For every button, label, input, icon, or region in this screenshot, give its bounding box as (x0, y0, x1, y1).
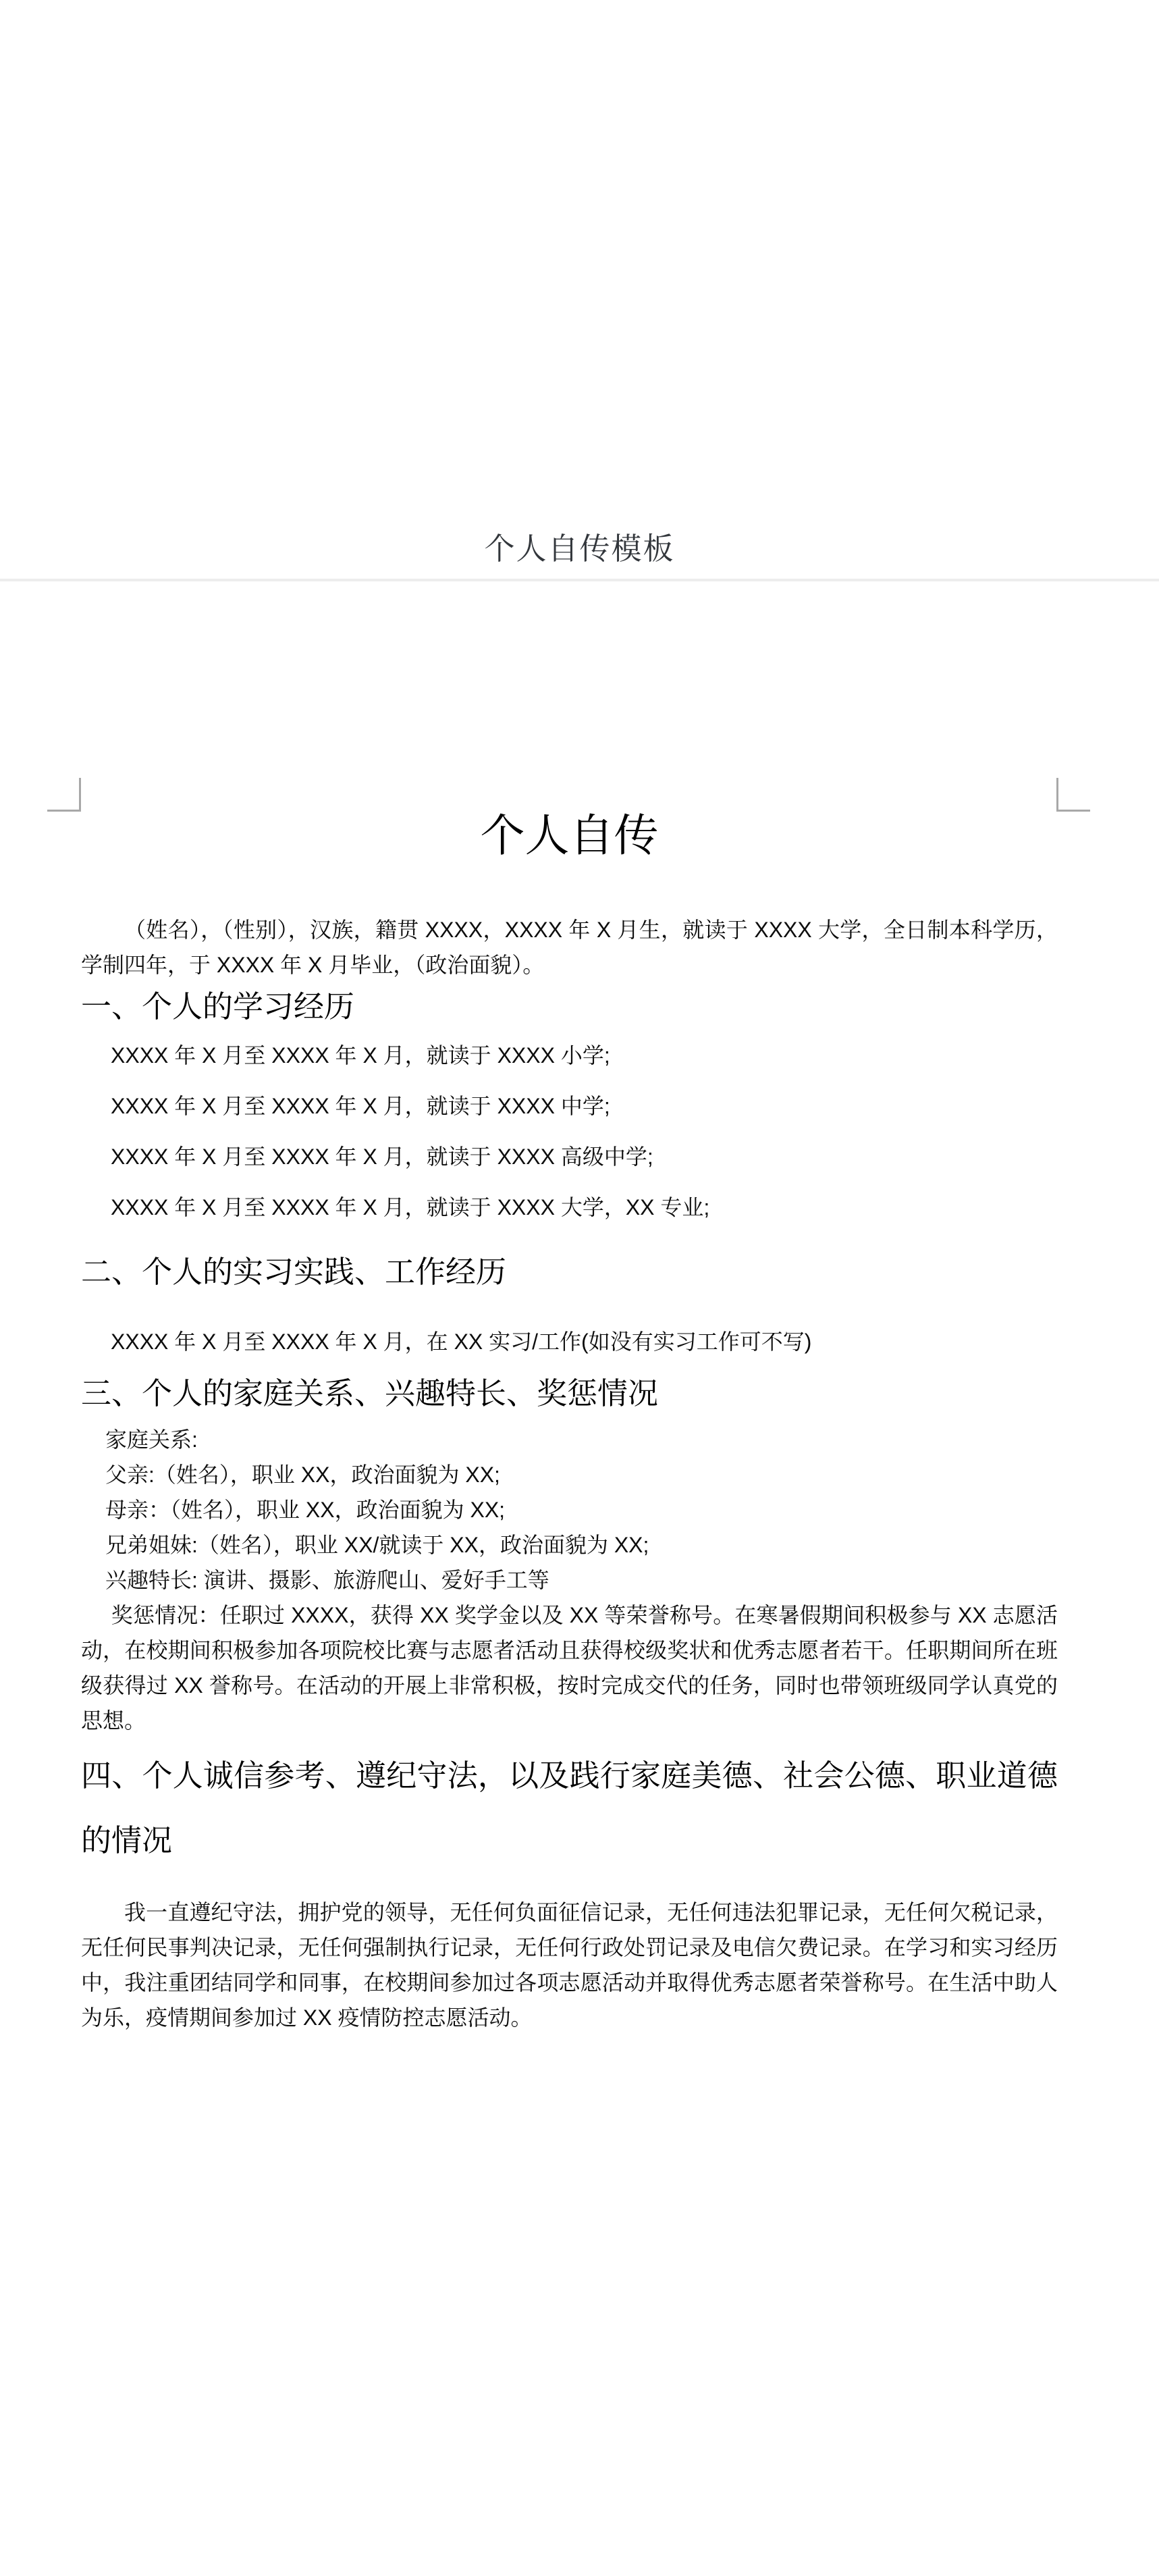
education-item-1: XXXX 年 X 月至 XXXX 年 X 月，就读于 XXXX 小学; (111, 1038, 1058, 1073)
family-line-mother: 母亲：（姓名），职业 XX，政治面貌为 XX; (105, 1492, 1058, 1527)
family-line-hobbies: 兴趣特长: 演讲、摄影、旅游爬山、爱好手工等 (105, 1562, 1058, 1598)
document-page: 个人自传 （姓名），（性别），汉族，籍贯 XXXX，XXXX 年 X 月生，就读… (0, 581, 1159, 2035)
page-title: 个人自传模板 (0, 529, 1159, 569)
family-block: 家庭关系: 父亲:（姓名），职业 XX，政治面貌为 XX; 母亲：（姓名），职业… (81, 1422, 1058, 1598)
document-title: 个人自传 (81, 581, 1058, 864)
rewards-paragraph: 奖惩情况：任职过 XXXX，获得 XX 奖学金以及 XX 等荣誉称号。在寒暑假期… (81, 1598, 1058, 1738)
page-corner-mark-right (1056, 778, 1090, 812)
family-line-siblings: 兄弟姐妹:（姓名），职业 XX/就读于 XX，政治面貌为 XX; (105, 1527, 1058, 1562)
internship-line: XXXX 年 X 月至 XXXX 年 X 月，在 XX 实习/工作(如没有实习工… (111, 1324, 1058, 1359)
education-item-3: XXXX 年 X 月至 XXXX 年 X 月，就读于 XXXX 高级中学; (111, 1139, 1058, 1174)
page-corner-mark-left (47, 778, 81, 812)
section-3-heading: 三、个人的家庭关系、兴趣特长、奖惩情况 (81, 1373, 1058, 1414)
intro-paragraph: （姓名），（性别），汉族，籍贯 XXXX，XXXX 年 X 月生，就读于 XXX… (81, 912, 1058, 982)
section-4-heading: 四、个人诚信参考、遵纪守法，以及践行家庭美德、社会公德、职业道德的情况 (81, 1743, 1058, 1873)
education-item-2: XXXX 年 X 月至 XXXX 年 X 月，就读于 XXXX 中学; (111, 1088, 1058, 1124)
education-item-4: XXXX 年 X 月至 XXXX 年 X 月，就读于 XXXX 大学，XX 专业… (111, 1190, 1058, 1225)
family-line-relations: 家庭关系: (105, 1422, 1058, 1457)
conclusion-paragraph: 我一直遵纪守法，拥护党的领导，无任何负面征信记录，无任何违法犯罪记录，无任何欠税… (81, 1895, 1058, 2035)
site-header: 个人自传模板 (0, 0, 1159, 569)
page-root: 个人自传模板 个人自传 （姓名），（性别），汉族，籍贯 XXXX，XXXX 年 … (0, 0, 1159, 2576)
section-2-heading: 二、个人的实习实践、工作经历 (81, 1252, 1058, 1292)
section-1-heading: 一、个人的学习经历 (81, 987, 1058, 1027)
family-line-father: 父亲:（姓名），职业 XX，政治面貌为 XX; (105, 1457, 1058, 1492)
